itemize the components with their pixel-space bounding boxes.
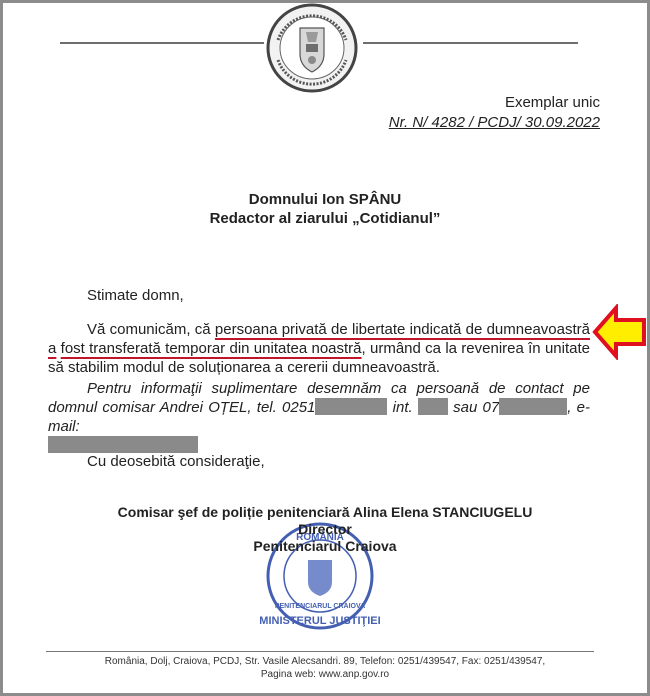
svg-text:MINISTERUL JUSTIŢIEI: MINISTERUL JUSTIŢIEI xyxy=(259,615,380,627)
header-rule-left xyxy=(60,42,264,44)
footer-website: Pagina web: www.anp.gov.ro xyxy=(0,668,650,681)
redacted-extension xyxy=(418,398,448,415)
signatory-name: Comisar şef de poliție penitenciară Alin… xyxy=(0,503,650,521)
svg-text:PENITENCIARUL CRAIOVA: PENITENCIARUL CRAIOVA xyxy=(275,603,365,610)
copy-label: Exemplar unic xyxy=(389,93,600,113)
signatory-institution: Penitenciarul Craiova xyxy=(0,538,650,554)
para1-lead: Vă comunicăm, că xyxy=(87,321,215,338)
highlighted-text-2: fost transferată temporar din unitatea n… xyxy=(61,340,362,357)
redacted-mobile xyxy=(499,398,567,415)
int-label: int. xyxy=(387,399,417,416)
reference-number: Nr. N/ 4282 / PCDJ/ 30.09.2022 xyxy=(389,113,600,133)
header-meta: Exemplar unic Nr. N/ 4282 / PCDJ/ 30.09.… xyxy=(389,93,600,133)
footer-rule xyxy=(46,651,594,652)
closing-salutation: Cu deosebită consideraţie, xyxy=(87,453,265,470)
addressee-block: Domnului Ion SPÂNU Redactor al ziarului … xyxy=(0,190,650,228)
footer-address: România, Dolj, Craiova, PCDJ, Str. Vasil… xyxy=(0,655,650,668)
addressee-role: Redactor al ziarului „Cotidianul” xyxy=(0,209,650,228)
greeting: Stimate domn, xyxy=(87,286,629,305)
addressee-name: Domnului Ion SPÂNU xyxy=(0,190,650,209)
sau-label: sau 07 xyxy=(448,399,499,416)
paragraph-main: Vă comunicăm, că persoana privată de lib… xyxy=(48,320,590,377)
redacted-email xyxy=(48,436,198,453)
header-rule-right xyxy=(363,42,578,44)
paragraph-contact: Pentru informaţii suplimentare desemnăm … xyxy=(48,379,590,455)
signatory-title: Director xyxy=(0,521,650,537)
redacted-phone xyxy=(315,398,387,415)
footer: România, Dolj, Craiova, PCDJ, Str. Vasil… xyxy=(0,655,650,681)
highlight-arrow-icon xyxy=(592,304,648,360)
ministry-emblem-icon xyxy=(264,2,360,94)
